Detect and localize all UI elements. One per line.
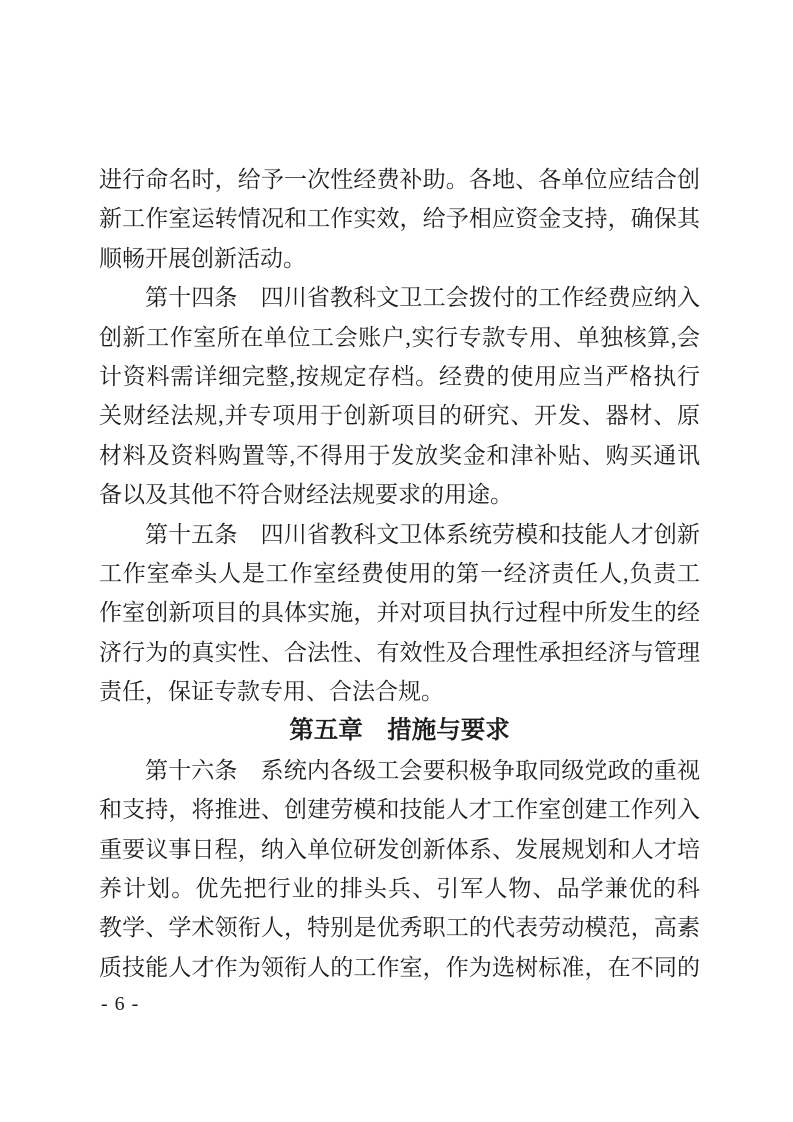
paragraph-article-16: 第十六条 系统内各级工会要积极争取同级党政的重视 和支持，将推进、创建劳模和技能… (99, 751, 700, 987)
text-line: 关财经法规,并专项用于创新项目的研究、开发、器材、原辅 (99, 396, 700, 435)
chapter-heading: 第五章 措施与要求 (99, 711, 700, 750)
text-line: 工作室牵头人是工作室经费使用的第一经济责任人,负责工 (99, 554, 700, 593)
text-line: 和支持，将推进、创建劳模和技能人才工作室创建工作列入 (99, 790, 700, 829)
article-16-opening-line: 第十六条 系统内各级工会要积极争取同级党政的重视 (99, 751, 700, 790)
article-15-opening-line: 第十五条 四川省教科文卫体系统劳模和技能人才创新 (99, 515, 700, 554)
text-line: 济行为的真实性、合法性、有效性及合理性承担经济与管理 (99, 633, 700, 672)
text-line: 备以及其他不符合财经法规要求的用途。 (99, 475, 700, 514)
paragraph-continued: 进行命名时，给予一次性经费补助。各地、各单位应结合创 新工作室运转情况和工作实效… (99, 160, 700, 278)
text-line: 材料及资料购置等,不得用于发放奖金和津补贴、购买通讯设 (99, 436, 700, 475)
text-line: 进行命名时，给予一次性经费补助。各地、各单位应结合创 (99, 160, 700, 199)
text-line: 养计划。优先把行业的排头兵、引军人物、品学兼优的科研、 (99, 869, 700, 908)
text-line: 质技能人才作为领衔人的工作室，作为选树标准，在不同的 (99, 948, 700, 987)
page-number: - 6 - (101, 991, 139, 1017)
text-line: 顺畅开展创新活动。 (99, 239, 700, 278)
text-line: 重要议事日程，纳入单位研发创新体系、发展规划和人才培 (99, 830, 700, 869)
document-text-block: 进行命名时，给予一次性经费补助。各地、各单位应结合创 新工作室运转情况和工作实效… (99, 160, 700, 987)
text-line: 教学、学术领衔人，特别是优秀职工的代表劳动模范，高素 (99, 908, 700, 947)
text-line: 计资料需详细完整,按规定存档。经费的使用应当严格执行相 (99, 357, 700, 396)
text-line: 责任，保证专款专用、合法合规。 (99, 672, 700, 711)
document-page: 进行命名时，给予一次性经费补助。各地、各单位应结合创 新工作室运转情况和工作实效… (0, 0, 793, 1122)
text-line: 创新工作室所在单位工会账户,实行专款专用、单独核算,会 (99, 318, 700, 357)
text-line: 新工作室运转情况和工作实效，给予相应资金支持，确保其 (99, 199, 700, 238)
paragraph-article-15: 第十五条 四川省教科文卫体系统劳模和技能人才创新 工作室牵头人是工作室经费使用的… (99, 515, 700, 712)
paragraph-article-14: 第十四条 四川省教科文卫工会拨付的工作经费应纳入 创新工作室所在单位工会账户,实… (99, 278, 700, 514)
text-line: 作室创新项目的具体实施，并对项目执行过程中所发生的经 (99, 593, 700, 632)
article-14-opening-line: 第十四条 四川省教科文卫工会拨付的工作经费应纳入 (99, 278, 700, 317)
